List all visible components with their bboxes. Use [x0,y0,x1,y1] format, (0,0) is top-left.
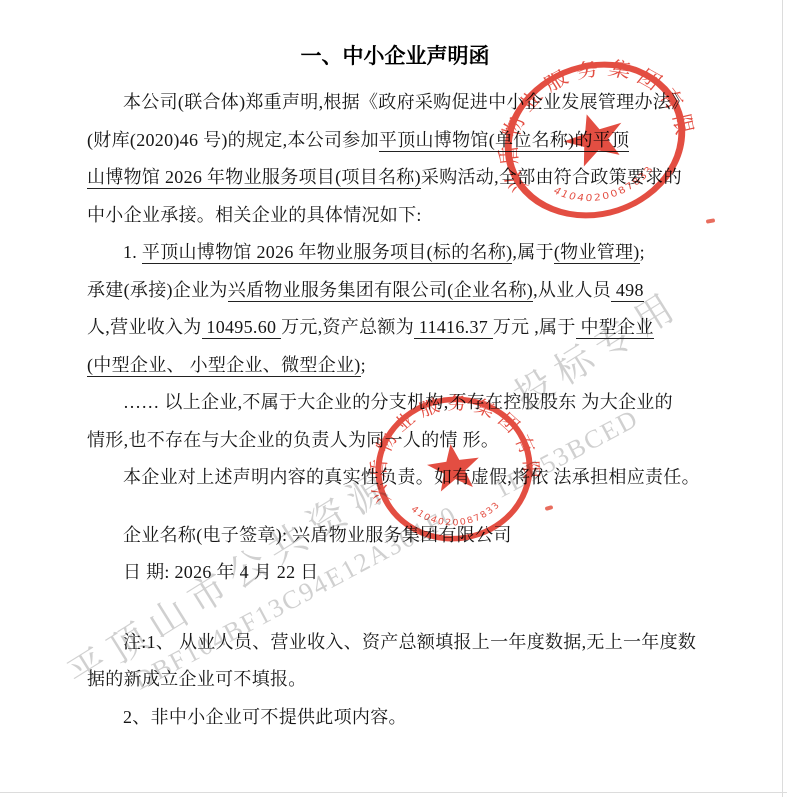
page-edge-right [782,0,783,797]
underlined-field-text: 中型企业 [576,317,654,339]
underlined-field-text: 山博物馆 2026 年物业服务项目(项目名称) [87,167,421,189]
doc-text: 据的新成立企业可不填报。 [87,669,307,689]
doc-line: 据的新成立企业可不填报。 [87,661,703,699]
paragraph-gap [87,592,703,624]
underlined-field-text: 兴盾物业服务集团有限公司(企业名称) [228,280,533,302]
doc-text: 1. [123,242,142,262]
doc-text: (财库(2020)46 号)的规定,本公司参加 [87,130,379,150]
svg-text:4104020087833: 4104020087833 [549,155,662,218]
svg-text:兴盾物业服务集团有限公司: 兴盾物业服务集团有限公司 [358,379,545,508]
doc-text: ; [640,242,645,262]
underlined-field-text: 10495.60 [202,317,282,339]
doc-text: 注:1、 从业人员、营业收入、资产总额填报上一年度数据,无上一年度数 [123,632,696,652]
doc-text: ; [361,355,366,375]
doc-text: 人,营业收入为 [87,317,202,337]
doc-text: 2、非中小企业可不提供此项内容。 [123,707,407,727]
doc-text: ,从业人员 [533,280,611,300]
doc-text: 承建(承接)企业为 [87,280,228,300]
underlined-field-text: (中型企业、 小型企业、微型企业) [87,355,361,377]
doc-line: 注:1、 从业人员、营业收入、资产总额填报上一年度数据,无上一年度数 [87,624,703,662]
underlined-field-text: (物业管理) [554,242,640,264]
underlined-field-text: 498 [611,280,644,302]
declaration-document-page: { "document": { "title": "一、中小企业声明函", "b… [0,0,787,797]
underlined-field-text: 平顶山博物馆 2026 年物业服务项目(标的名称) [142,242,513,264]
red-round-seal-icon: 兴盾物业服务集团有限公司 4104020087833 [358,379,550,559]
doc-line: 日 期: 2026 年 4 月 22 日 [87,554,703,592]
doc-text: 万元,资产总额为 [281,317,414,337]
underlined-field-text: 11416.37 [414,317,493,339]
page-edge-bottom [0,792,787,793]
doc-line: 1. 平顶山博物馆 2026 年物业服务项目(标的名称),属于(物业管理); [87,234,703,272]
doc-line: 承建(承接)企业为兴盾物业服务集团有限公司(企业名称),从业人员 498 [87,272,703,310]
company-seal-bottom: 兴盾物业服务集团有限公司 4104020087833 [358,379,550,559]
seal-company-name: 兴盾物业服务集团有限公司 [358,379,545,508]
doc-line: 2、非中小企业可不提供此项内容。 [87,699,703,737]
seal-ink-smudge [706,218,716,224]
doc-text: 万元 ,属于 [493,317,576,337]
doc-line: (中型企业、 小型企业、微型企业); [87,347,703,385]
doc-line: 人,营业收入为 10495.60 万元,资产总额为 11416.37 万元 ,属… [87,309,703,347]
doc-text: 中小企业承接。相关企业的具体情况如下: [87,205,422,225]
seal-number: 4104020087833 [549,155,662,218]
doc-text: 日 期: 2026 年 4 月 22 日 [123,562,319,582]
